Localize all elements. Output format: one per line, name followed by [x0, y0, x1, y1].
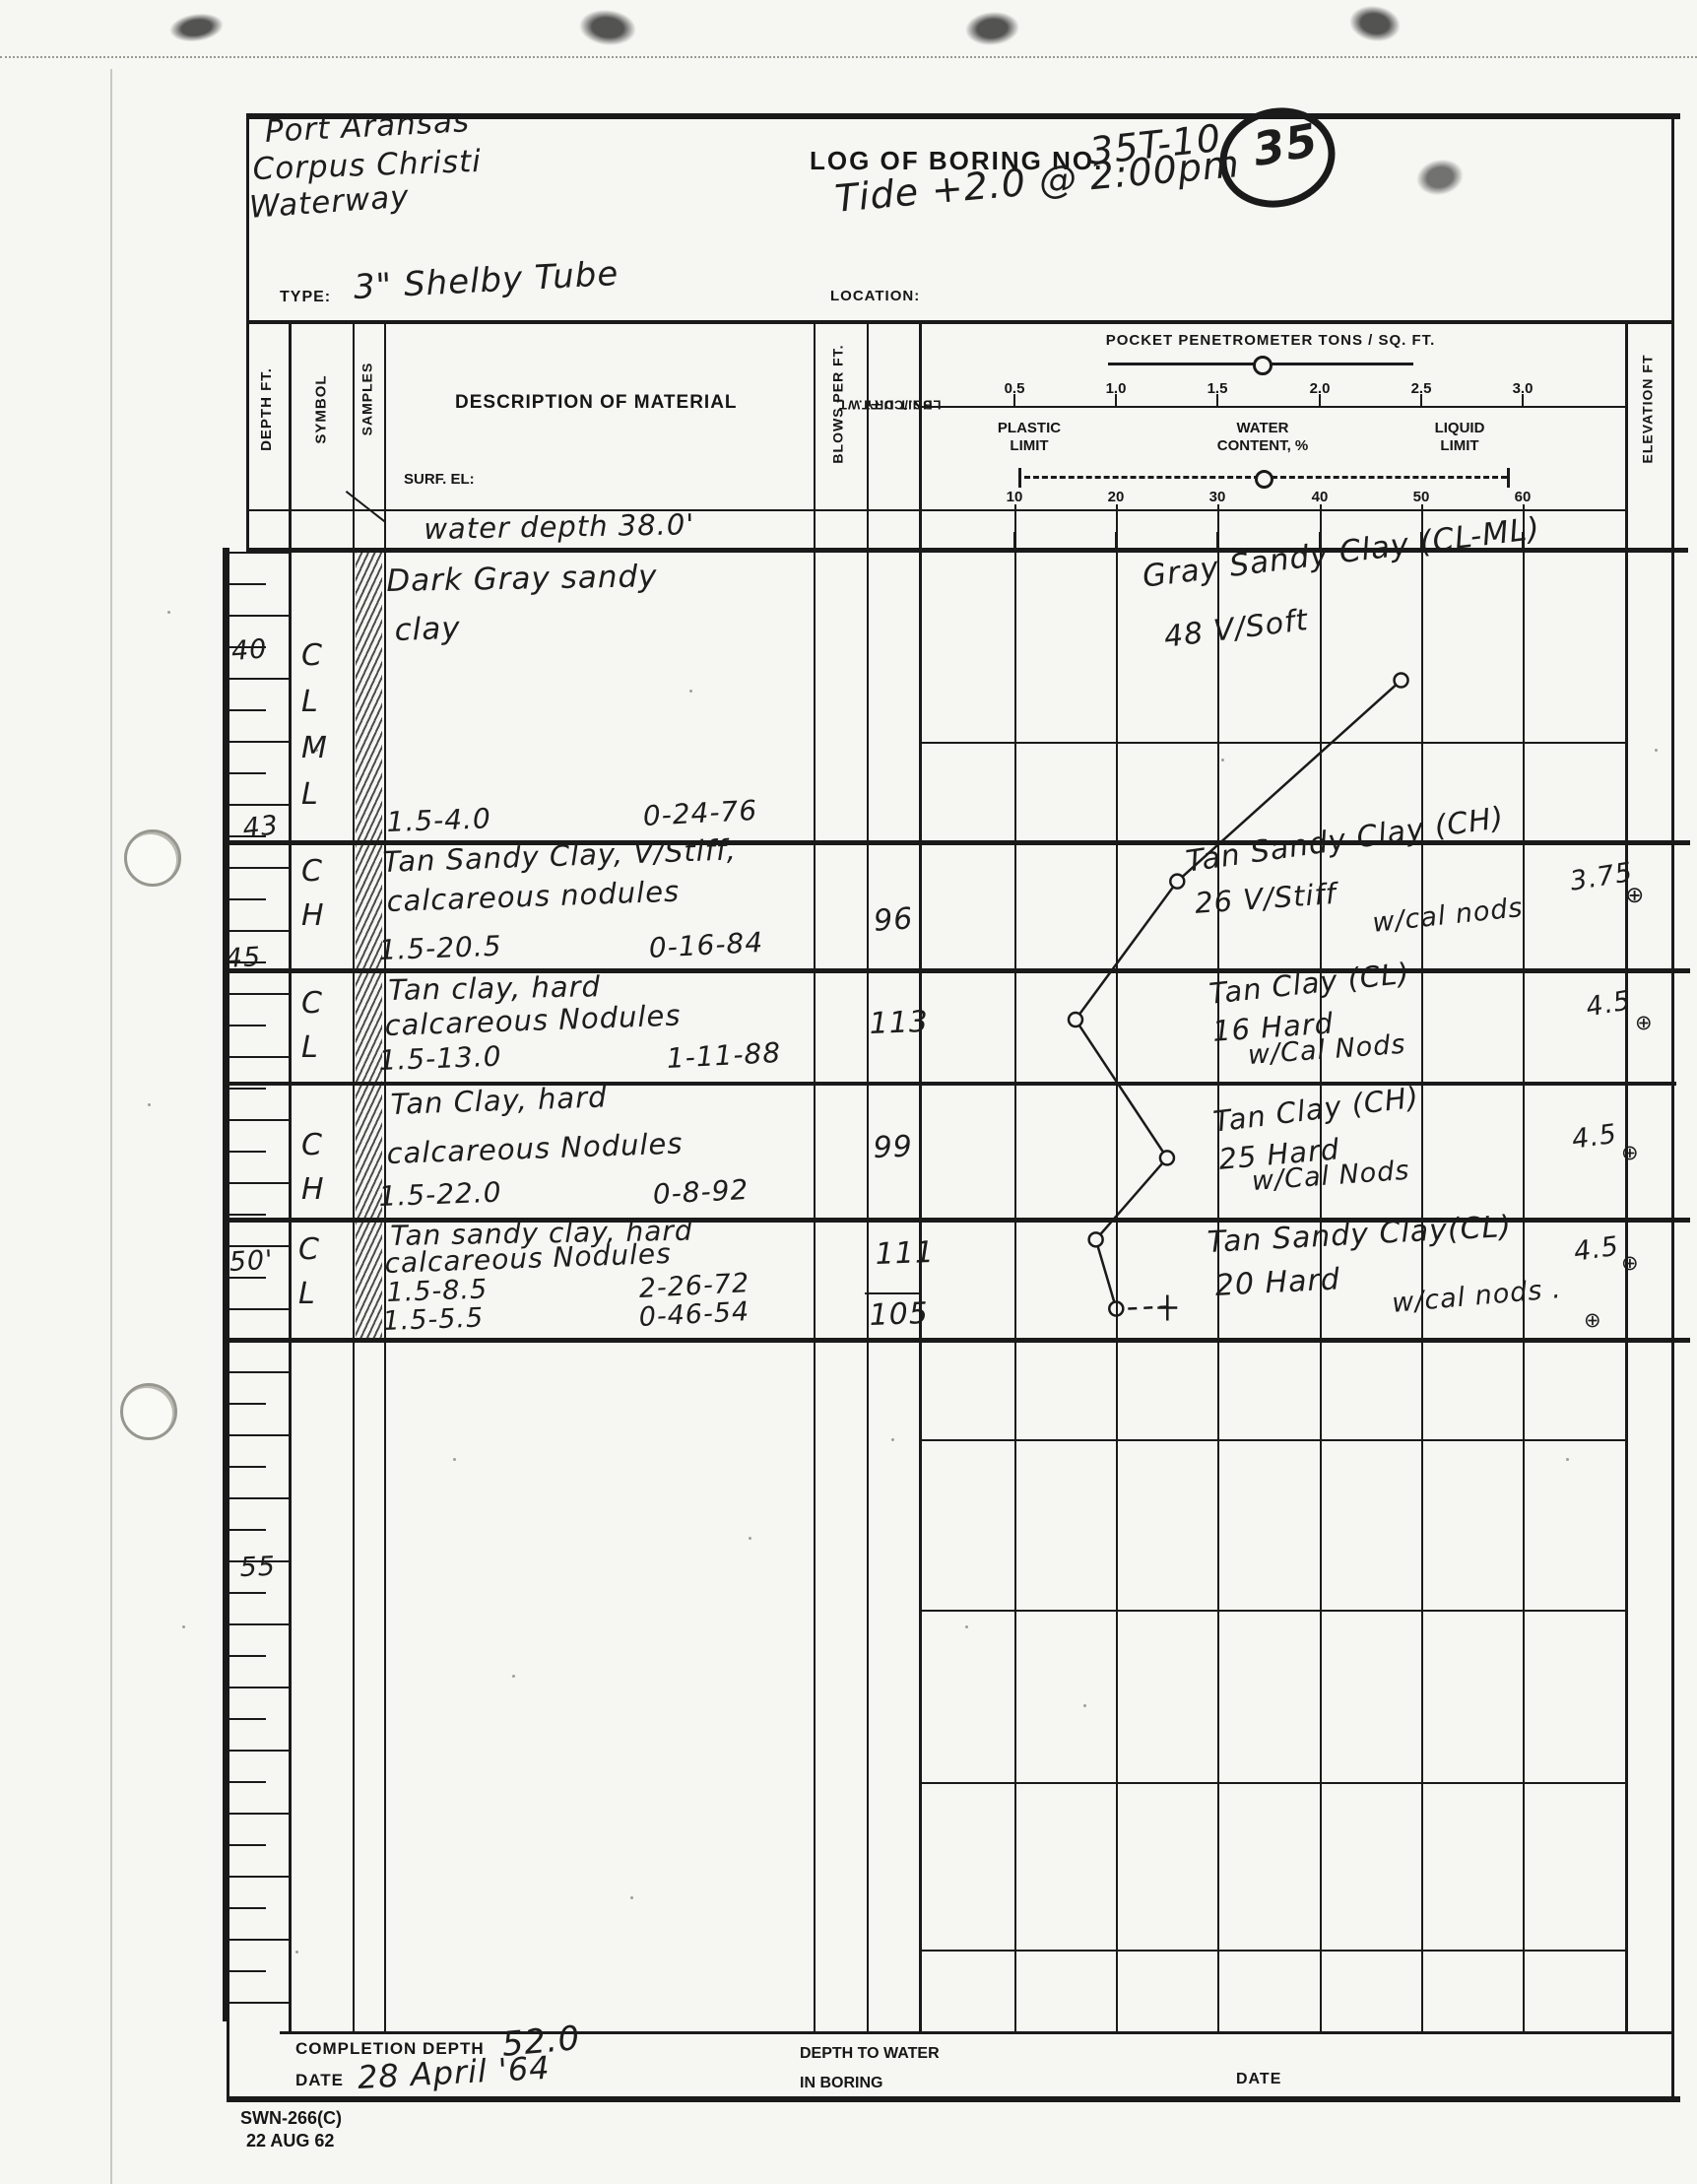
- depth-ruler-tick: [228, 1277, 266, 1279]
- scan-speckle: [749, 1537, 751, 1540]
- depth-label-40: 40: [230, 633, 268, 666]
- hline: [919, 406, 1625, 408]
- depth-to-water-label: DEPTH TO WATER IN BORING: [800, 2039, 940, 2097]
- hline: [225, 1218, 1690, 1223]
- footer-date2-label: DATE: [1236, 2071, 1281, 2088]
- depth-ruler-tick: [228, 709, 266, 711]
- depth-ruler-tick: [228, 615, 289, 617]
- depth-ruler-tick: [228, 867, 289, 869]
- scan-speckle: [295, 1951, 298, 1953]
- hole-punch: [120, 1383, 177, 1440]
- depth-ruler-tick: [228, 1245, 289, 1247]
- symbol-section-1: C L M L: [301, 632, 328, 818]
- annotation-1-line2: 48 V/Soft: [1162, 603, 1310, 655]
- paper-top-dotted-line: [0, 56, 1697, 58]
- col-header-samples-label: SAMPLES: [359, 363, 374, 436]
- vline: [1671, 113, 1674, 2098]
- desc-4-line2: calcareous Nodules: [386, 1126, 684, 1169]
- surf-el-label: SURF. EL:: [404, 471, 475, 488]
- symbol-section-4: C H: [301, 1123, 325, 1212]
- depth-ruler-tick: [228, 804, 289, 806]
- depth-ruler-tick: [228, 1466, 266, 1468]
- depth-ruler-tick: [228, 1182, 289, 1184]
- depth-ruler-tick: [228, 678, 289, 680]
- hline: [919, 742, 1625, 744]
- vline: [223, 548, 229, 2021]
- desc-1-line2: clay: [394, 611, 461, 648]
- hline: [225, 968, 1690, 973]
- depth-ruler-tick: [228, 1088, 266, 1090]
- symbol-section-3: C L: [301, 981, 323, 1070]
- liquid-limit-label: LIQUID LIMIT: [1410, 420, 1509, 455]
- hline: [246, 113, 1680, 119]
- test-4: 0-8-92: [652, 1173, 750, 1211]
- depth-ruler-tick: [228, 1434, 289, 1436]
- depth-ruler-tick: [228, 1718, 266, 1720]
- penetrometer-title: POCKET PENETROMETER TONS / SQ. FT.: [1024, 332, 1517, 349]
- depth-ruler-tick: [228, 1371, 289, 1373]
- vline: [1523, 504, 1525, 2031]
- annotation-4-line1: Tan Clay (CH): [1211, 1080, 1421, 1138]
- annotation-3-line1: Tan Clay (CL): [1207, 957, 1411, 1011]
- wc-tick-50: 50: [1403, 489, 1439, 505]
- depth-ruler-tick: [228, 1529, 266, 1531]
- hline: [919, 1610, 1625, 1612]
- depth-ruler-tick: [228, 1781, 266, 1783]
- annotation-2-line3: w/cal nods: [1371, 893, 1525, 939]
- unit-wt-4: 99: [873, 1130, 913, 1165]
- plastic-limit-line1: PLASTIC: [980, 420, 1078, 437]
- depth-ruler-tick: [228, 1340, 266, 1342]
- depth-ruler-tick: [228, 1151, 266, 1153]
- form-date: 22 AUG 62: [246, 2131, 334, 2151]
- pen-axis-tick: [1013, 394, 1015, 406]
- depth-ruler-tick: [228, 1497, 289, 1499]
- wc-tick-10: 10: [997, 489, 1032, 505]
- depth-ruler-tick: [228, 1119, 289, 1121]
- depth-ruler-tick: [228, 1939, 289, 1941]
- scan-speckle: [182, 1625, 185, 1628]
- depth-ruler-tick: [228, 1560, 289, 1562]
- col-header-unit-dry-wt-label: UNIT DRY WT. LBS./CU.FT.: [876, 356, 908, 453]
- vline: [384, 320, 386, 2031]
- scan-speckle: [891, 1438, 894, 1441]
- wc-tick-30: 30: [1200, 489, 1235, 505]
- depth-ruler-tick: [228, 1214, 266, 1216]
- wc-axis-tick: [1115, 532, 1117, 548]
- hline: [225, 1338, 1690, 1343]
- pen-value-4: 4.5: [1570, 1119, 1619, 1156]
- depth-ruler-tick: [228, 1876, 289, 1878]
- depth-ruler-tick: [228, 646, 266, 648]
- scan-speckle: [965, 1625, 968, 1628]
- wc-tick-20: 20: [1098, 489, 1134, 505]
- hline: [280, 2031, 1671, 2034]
- depth-label-50: 50': [228, 1245, 274, 1278]
- pen-marker-2-icon: ⊕: [1625, 883, 1645, 908]
- scan-smudge: [1347, 2, 1403, 45]
- desc-2-line2: calcareous nodules: [386, 875, 681, 918]
- wc-axis-tick: [1522, 532, 1524, 548]
- depth-ruler-tick: [228, 835, 266, 837]
- depth-ruler-tick: [228, 1970, 266, 1972]
- wc-tick-60: 60: [1505, 489, 1540, 505]
- test-5b: 0-46-54: [638, 1296, 751, 1333]
- col-header-elevation-label: ELEVATION FT: [1640, 354, 1656, 463]
- type-value: 3" Shelby Tube: [353, 254, 620, 307]
- vline: [227, 2019, 229, 2098]
- depth-ruler-tick: [228, 1056, 289, 1058]
- annotation-2-line2: 26 V/Stiff: [1194, 877, 1338, 920]
- pen-marker-3-icon: ⊕: [1635, 1011, 1654, 1034]
- depth-ruler-tick: [228, 1403, 266, 1405]
- vline: [1421, 504, 1423, 2031]
- annotation-5-line3: w/cal nods .: [1391, 1274, 1563, 1319]
- depth-ruler-tick: [228, 1655, 266, 1657]
- penetrometer-scale-marker-icon: [1253, 356, 1273, 375]
- vline: [289, 320, 292, 2031]
- hole-punch: [124, 829, 181, 887]
- scan-speckle: [1221, 759, 1224, 761]
- hline: [865, 1292, 921, 1294]
- pen-axis-tick: [1319, 394, 1321, 406]
- scan-speckle: [512, 1675, 515, 1678]
- depth-ruler-tick: [228, 741, 289, 743]
- depth-ruler-tick: [228, 930, 289, 932]
- depth-ruler-tick: [228, 552, 289, 554]
- depth-ruler-tick: [228, 961, 266, 963]
- vline: [1116, 504, 1118, 2031]
- water-content-label: WATER CONTENT, %: [1194, 420, 1332, 455]
- hline: [225, 1082, 1676, 1086]
- pen-value-5: 4.5: [1572, 1231, 1621, 1268]
- hline: [225, 840, 1690, 845]
- hline: [246, 320, 1674, 324]
- unit-wt-2: 96: [873, 901, 915, 939]
- wc-axis-tick: [1420, 532, 1422, 548]
- wc-axis-tick: [1216, 532, 1218, 548]
- scan-smudge: [1413, 155, 1467, 199]
- hline: [227, 2096, 1680, 2102]
- scan-speckle: [689, 690, 692, 693]
- depth-ruler-tick: [228, 1907, 266, 1909]
- project-line-2: Corpus Christi: [252, 144, 482, 187]
- depth-ruler-tick: [228, 1623, 289, 1625]
- test-1: 0-24-76: [642, 794, 758, 832]
- unit-wt-5a: 111: [875, 1235, 935, 1272]
- col-header-unit-dry-wt: UNIT DRY WT. LBS./CU.FT.: [865, 325, 918, 483]
- scan-smudge: [964, 10, 1021, 48]
- depth-label-55: 55: [239, 1552, 276, 1583]
- depth-label-43: 43: [241, 810, 280, 844]
- hline: [919, 1782, 1625, 1784]
- pen-axis-tick: [1115, 394, 1117, 406]
- depth-ruler-tick: [228, 993, 289, 995]
- vline: [919, 320, 922, 2031]
- hline: [246, 548, 1688, 553]
- sample-4: 1.5-22.0: [378, 1176, 502, 1213]
- hline: [919, 1950, 1625, 1952]
- hline: [919, 1439, 1625, 1441]
- plastic-limit-label: PLASTIC LIMIT: [980, 420, 1078, 455]
- col-header-symbol-label: SYMBOL: [313, 374, 330, 443]
- hline: [248, 509, 1625, 511]
- wc-axis-tick: [1319, 532, 1321, 548]
- pen-marker-5-icon: ⊕: [1621, 1251, 1640, 1275]
- depth-ruler-tick: [228, 772, 266, 774]
- depth-ruler-tick: [228, 1308, 289, 1310]
- scan-speckle: [630, 1896, 633, 1899]
- pen-axis-tick: [1522, 394, 1524, 406]
- stamp-number: 35: [1249, 113, 1322, 177]
- test-2: 0-16-84: [648, 926, 764, 964]
- depth-ruler-tick: [228, 1592, 266, 1594]
- sample-3: 1.5-13.0: [378, 1040, 502, 1077]
- depth-ruler-tick: [228, 1750, 289, 1752]
- scan-speckle: [167, 611, 170, 614]
- form-number: SWN-266(C): [240, 2108, 342, 2129]
- scan-speckle: [1083, 1704, 1086, 1707]
- col-header-description: DESCRIPTION OF MATERIAL: [455, 392, 738, 414]
- depth-ruler-tick: [228, 1844, 266, 1846]
- desc-4-line1: Tan Clay, hard: [390, 1080, 608, 1121]
- desc-3-line1: Tan clay, hard: [388, 969, 601, 1007]
- scan-speckle: [148, 1103, 151, 1106]
- wc-tick-40: 40: [1302, 489, 1338, 505]
- pen-axis-tick: [1216, 394, 1218, 406]
- sample-2: 1.5-20.5: [378, 930, 502, 966]
- plastic-limit-line2: LIMIT: [980, 437, 1078, 455]
- depth-ruler-tick: [228, 583, 266, 585]
- vline: [353, 320, 355, 2031]
- vline: [1217, 504, 1219, 2031]
- test-3: 1-11-88: [666, 1036, 782, 1075]
- annotation-1-line1: Gray Sandy Clay (CL-ML): [1141, 510, 1542, 594]
- paper-crease-line: [110, 69, 112, 2184]
- boring-log-scan: Port Aransas Corpus Christi Waterway LOG…: [0, 0, 1697, 2184]
- unit-dry-wt-line2: LBS./CU.FT.: [851, 396, 948, 412]
- col-header-depth: DEPTH FT.: [244, 325, 288, 493]
- vline: [867, 320, 869, 2031]
- liquid-limit-cross-icon: [1507, 468, 1510, 488]
- depth-to-water-line1: DEPTH TO WATER: [800, 2039, 940, 2069]
- sample-5b: 1.5-5.5: [382, 1302, 485, 1337]
- water-content-marker-icon: [1255, 470, 1273, 489]
- project-line-1: Port Aransas: [264, 103, 471, 150]
- liquid-limit-line1: LIQUID: [1410, 420, 1509, 437]
- annotation-5-line2: 20 Hard: [1214, 1262, 1341, 1303]
- location-label: LOCATION:: [830, 288, 920, 304]
- water-content-line2: CONTENT, %: [1194, 437, 1332, 455]
- samples-header-slant: [346, 491, 386, 522]
- vline: [1014, 504, 1016, 2031]
- depth-ruler-tick: [228, 1025, 266, 1026]
- depth-to-water-line2: IN BORING: [800, 2069, 940, 2098]
- annotation-5-marker-icon: ⊕: [1584, 1308, 1602, 1332]
- pen-marker-4-icon: ⊕: [1621, 1141, 1640, 1164]
- vline: [814, 320, 816, 2031]
- scan-speckle: [315, 749, 318, 752]
- footer-date-label: DATE: [295, 2071, 344, 2090]
- depth-ruler-tick: [228, 1687, 289, 1688]
- scan-smudge: [577, 7, 637, 48]
- vline: [246, 113, 249, 552]
- plastic-limit-cross-icon: [1018, 468, 1021, 488]
- liquid-limit-line2: LIMIT: [1410, 437, 1509, 455]
- pen-axis-tick: [1420, 394, 1422, 406]
- col-header-elevation: ELEVATION FT: [1625, 325, 1670, 493]
- depth-ruler-tick: [228, 898, 266, 900]
- scan-speckle: [1566, 1458, 1569, 1461]
- scan-speckle: [1655, 749, 1658, 752]
- type-label: TYPE:: [280, 289, 331, 306]
- col-header-depth-label: DEPTH FT.: [258, 367, 275, 451]
- water-content-line1: WATER: [1194, 420, 1332, 437]
- wc-axis-tick: [1013, 532, 1015, 548]
- sample-1: 1.5-4.0: [386, 802, 491, 838]
- symbol-section-5: C L: [298, 1227, 320, 1316]
- col-header-symbol: SYMBOL: [299, 330, 343, 488]
- scan-speckle: [453, 1458, 456, 1461]
- vline: [1320, 504, 1322, 2031]
- symbol-section-2: C H: [301, 849, 325, 938]
- depth-ruler-tick: [228, 2002, 289, 2004]
- vline: [1625, 320, 1628, 2031]
- scan-smudge: [167, 10, 225, 44]
- water-depth-note: water depth 38.0': [424, 507, 695, 546]
- depth-ruler-tick: [228, 1813, 289, 1815]
- desc-1-line1: Dark Gray sandy: [386, 559, 658, 599]
